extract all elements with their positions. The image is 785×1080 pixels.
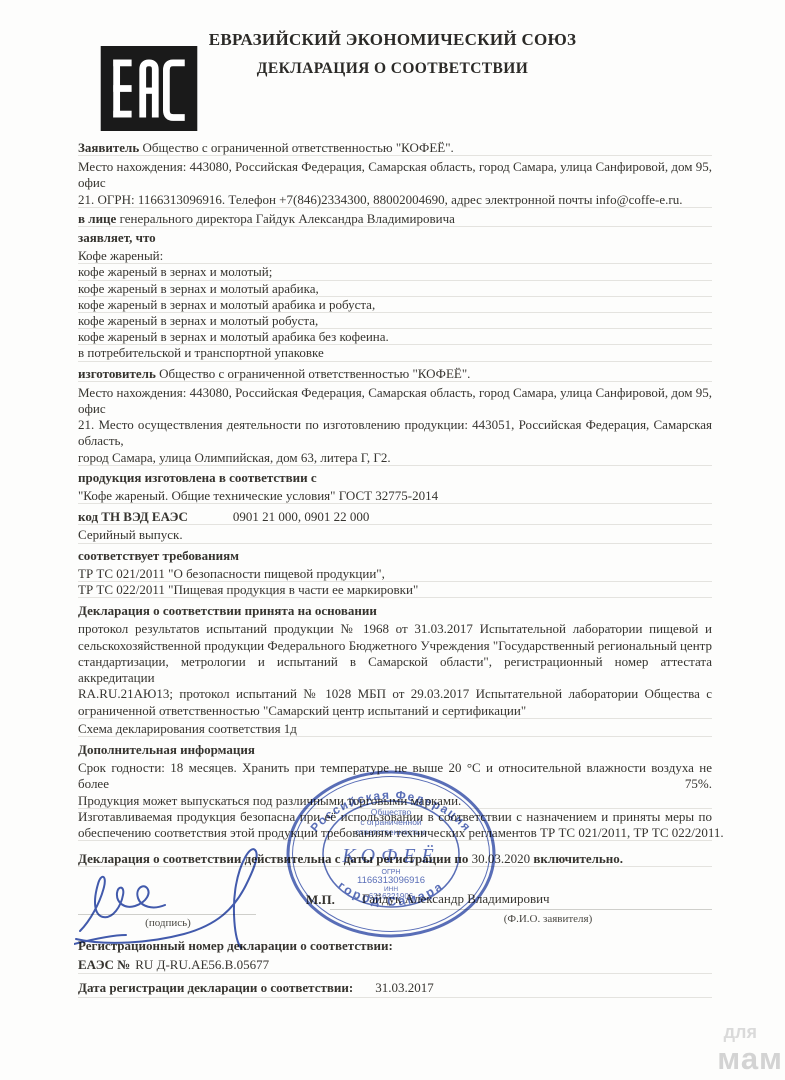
doc-line: 21. Место осуществления деятельности по … bbox=[78, 417, 712, 449]
doc-line: "Кофе жареный. Общие технические условия… bbox=[78, 488, 712, 504]
doc-line: кофе жареный в зернах и молотый; bbox=[78, 264, 712, 280]
doc-line: кофе жареный в зернах и молотый арабика … bbox=[78, 329, 712, 345]
doc-line: RA.RU.21АЮ13; протокол испытаний № 1028 … bbox=[78, 686, 712, 702]
watermark-line1: для bbox=[717, 1023, 757, 1041]
watermark-line2: мам bbox=[717, 1043, 783, 1074]
company-stamp: Российская Федерация город Самара Общест… bbox=[283, 766, 499, 942]
reg-date-value: 31.03.2017 bbox=[375, 980, 434, 995]
site-watermark: для мам bbox=[717, 1023, 783, 1074]
doc-line: кофе жареный в зернах и молотый робуста, bbox=[78, 313, 712, 329]
doc-line: код ТН ВЭД ЕАЭС0901 21 000, 0901 22 000 bbox=[78, 509, 712, 525]
eac-mark-icon bbox=[100, 46, 198, 131]
doc-line: Место нахождения: 443080, Российская Фед… bbox=[78, 159, 712, 191]
doc-line: продукция изготовлена в соответствии с bbox=[78, 470, 712, 486]
declaration-document-page: ЕВРАЗИЙСКИЙ ЭКОНОМИЧЕСКИЙ СОЮЗ ДЕКЛАРАЦИ… bbox=[0, 0, 785, 1080]
doc-line: кофе жареный в зернах и молотый арабика … bbox=[78, 297, 712, 313]
doc-line: Кофе жареный: bbox=[78, 248, 712, 264]
stamp-org-line2: с ограниченной bbox=[360, 817, 422, 827]
doc-line: 21. ОГРН: 1166313096916. Телефон +7(846)… bbox=[78, 192, 712, 208]
doc-line: сельскохозяйственной продукции Федеральн… bbox=[78, 638, 712, 654]
doc-line: Декларация о соответствии принята на осн… bbox=[78, 603, 712, 619]
doc-line: город Самара, улица Олимпийская, дом 63,… bbox=[78, 450, 712, 466]
doc-line: Место нахождения: 443080, Российская Фед… bbox=[78, 385, 712, 417]
handwritten-signature bbox=[74, 847, 309, 965]
doc-line: ограниченной ответственностью "Самарский… bbox=[78, 703, 712, 719]
doc-line: Серийный выпуск. bbox=[78, 527, 712, 543]
doc-line: заявляет, что bbox=[78, 230, 712, 246]
document-body: Заявитель Общество с ограниченной ответс… bbox=[0, 140, 785, 867]
stamp-org-line3: ответственностью bbox=[355, 827, 427, 837]
doc-line: протокол результатов испытаний продукции… bbox=[78, 621, 712, 637]
stamp-org-line1: Общество bbox=[371, 807, 412, 817]
doc-line: ТР ТС 022/2011 "Пищевая продукция в част… bbox=[78, 582, 712, 598]
doc-line: кофе жареный в зернах и молотый арабика, bbox=[78, 281, 712, 297]
stamp-brand-name: КОФЕЁ bbox=[341, 844, 440, 867]
reg-date-line: Дата регистрации декларации о соответств… bbox=[78, 979, 712, 998]
doc-line: в лице генерального директора Гайдук Але… bbox=[78, 211, 712, 227]
document-header: ЕВРАЗИЙСКИЙ ЭКОНОМИЧЕСКИЙ СОЮЗ ДЕКЛАРАЦИ… bbox=[0, 0, 785, 140]
doc-line: в потребительской и транспортной упаковк… bbox=[78, 345, 712, 361]
doc-line: Дополнительная информация bbox=[78, 742, 712, 758]
doc-line: соответствует требованиям bbox=[78, 548, 712, 564]
doc-line: ТР ТС 021/2011 "О безопасности пищевой п… bbox=[78, 566, 712, 582]
stamp-inn-value: 6316221906 bbox=[369, 892, 414, 901]
doc-line: Схема декларирования соответствия 1д bbox=[78, 721, 712, 737]
reg-date-label: Дата регистрации декларации о соответств… bbox=[78, 980, 353, 995]
doc-line: изготовитель Общество с ограниченной отв… bbox=[78, 366, 712, 382]
doc-line: Заявитель Общество с ограниченной ответс… bbox=[78, 140, 712, 156]
stamp-ogrn-value: 1166313096916 bbox=[357, 875, 425, 886]
doc-line: стандартизации, метрологии и испытаний в… bbox=[78, 654, 712, 686]
